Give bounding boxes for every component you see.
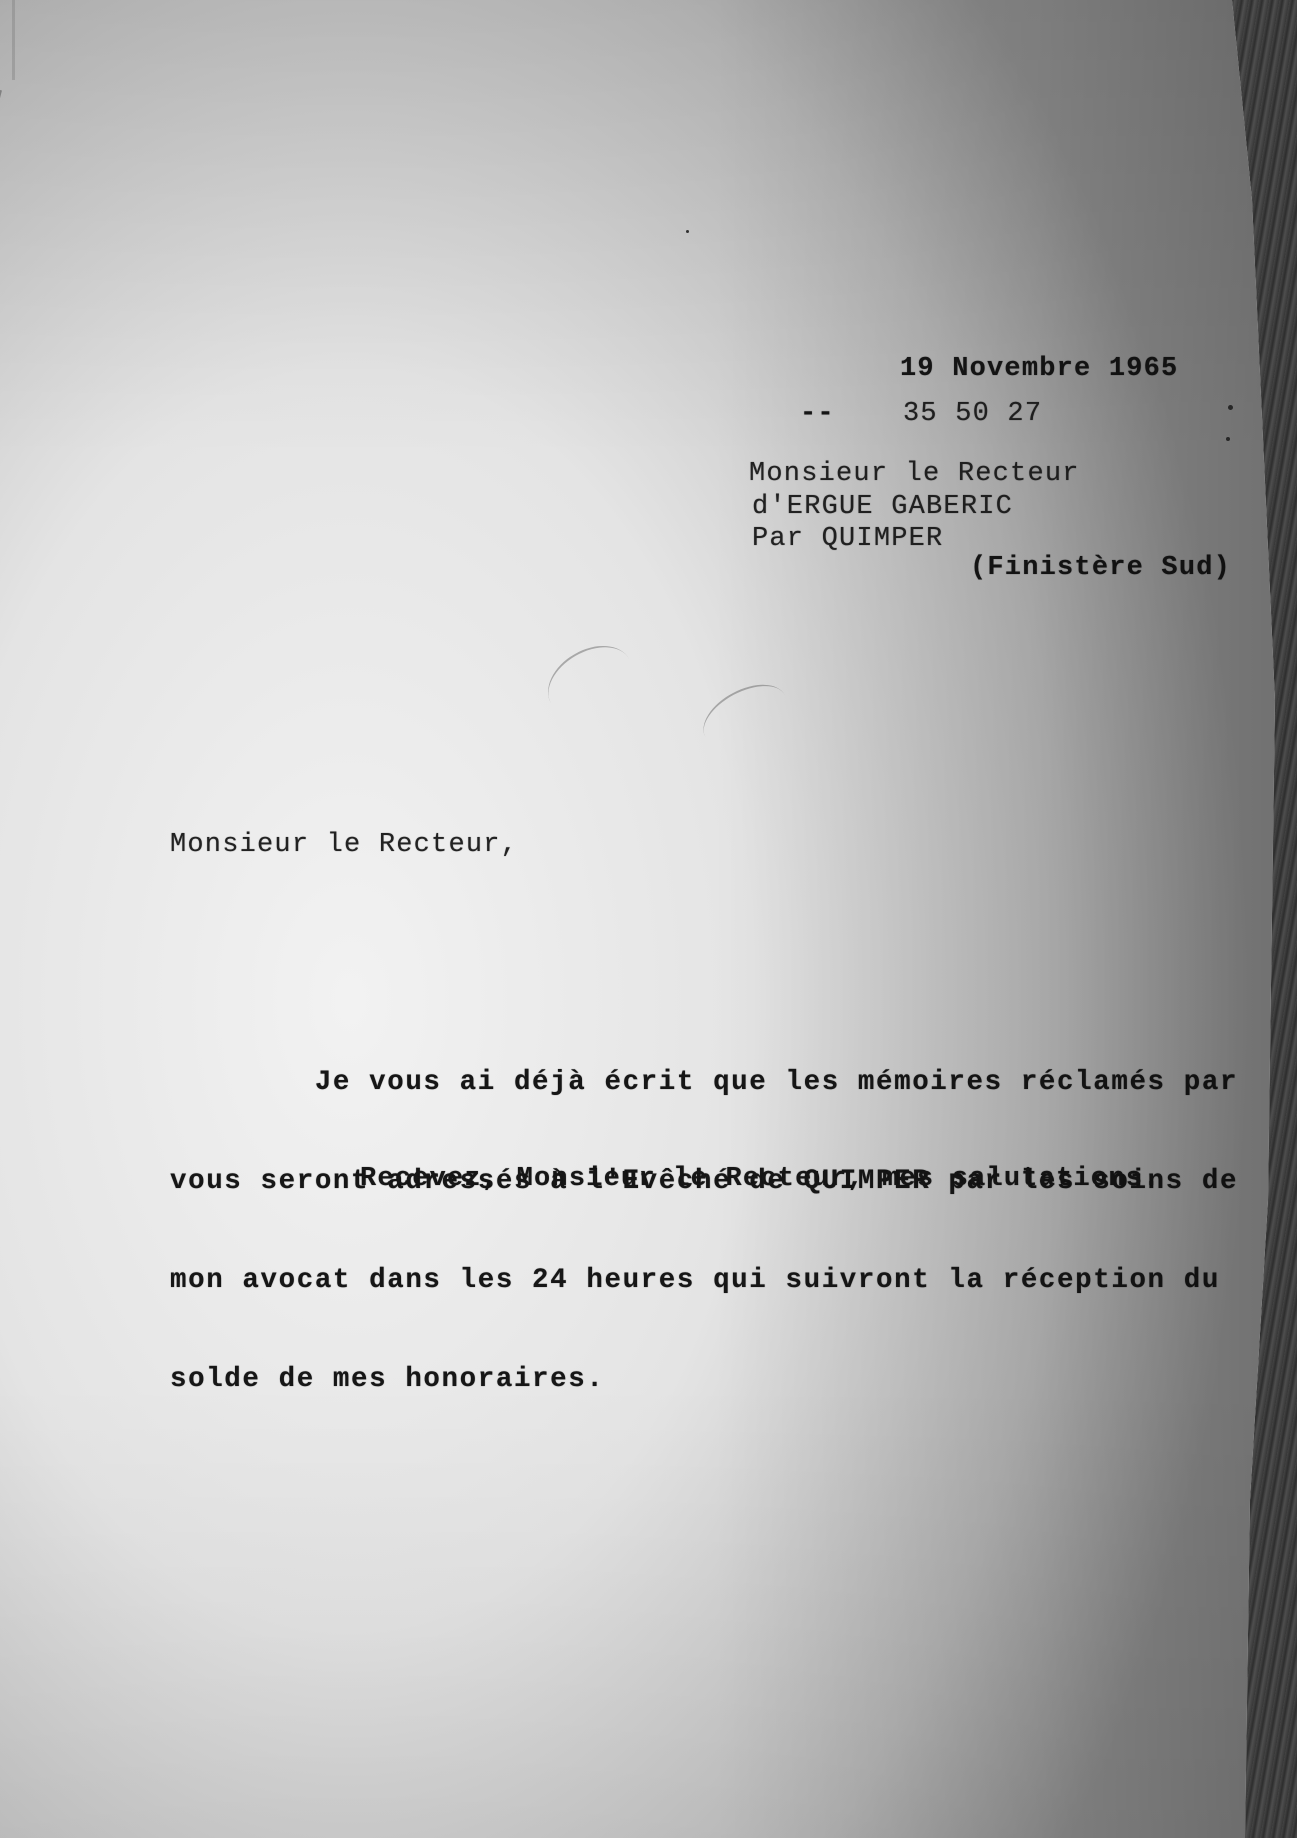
closing-line: Recevez, Monsieur le Recteur, mes saluta… [360, 1166, 1161, 1193]
recipient-line-3: Par QUIMPER [752, 526, 943, 553]
salutation: Monsieur le Recteur, [170, 832, 518, 859]
recipient-line-2: d'ERGUE GABERIC [752, 494, 1013, 521]
paper-fold-mark [12, 0, 15, 80]
letter-body: Je vous ai déjà écrit que les mémoires r… [170, 1000, 1280, 1462]
body-line: vous seront adressés à l'Evêché de QUIMP… [170, 1165, 1280, 1198]
ink-speck [1228, 405, 1233, 410]
reference-dash: -- [800, 401, 835, 428]
ink-speck [686, 230, 689, 233]
reference-number: 35 50 27 [903, 401, 1042, 428]
pencil-mark [693, 672, 797, 760]
letter-page: 19 Novembre 1965 -- 35 50 27 Monsieur le… [0, 0, 1297, 1838]
recipient-line-1: Monsieur le Recteur [749, 461, 1080, 488]
letter-date: 19 Novembre 1965 [900, 356, 1178, 383]
recipient-line-4: (Finistère Sud) [970, 555, 1231, 582]
body-line: mon avocat dans les 24 heures qui suivro… [170, 1264, 1280, 1297]
ink-speck [1226, 437, 1230, 441]
body-line: Je vous ai déjà écrit que les mémoires r… [170, 1066, 1280, 1099]
body-line: solde de mes honoraires. [170, 1363, 1280, 1396]
paper-crease [0, 90, 2, 265]
pencil-mark [536, 632, 645, 731]
